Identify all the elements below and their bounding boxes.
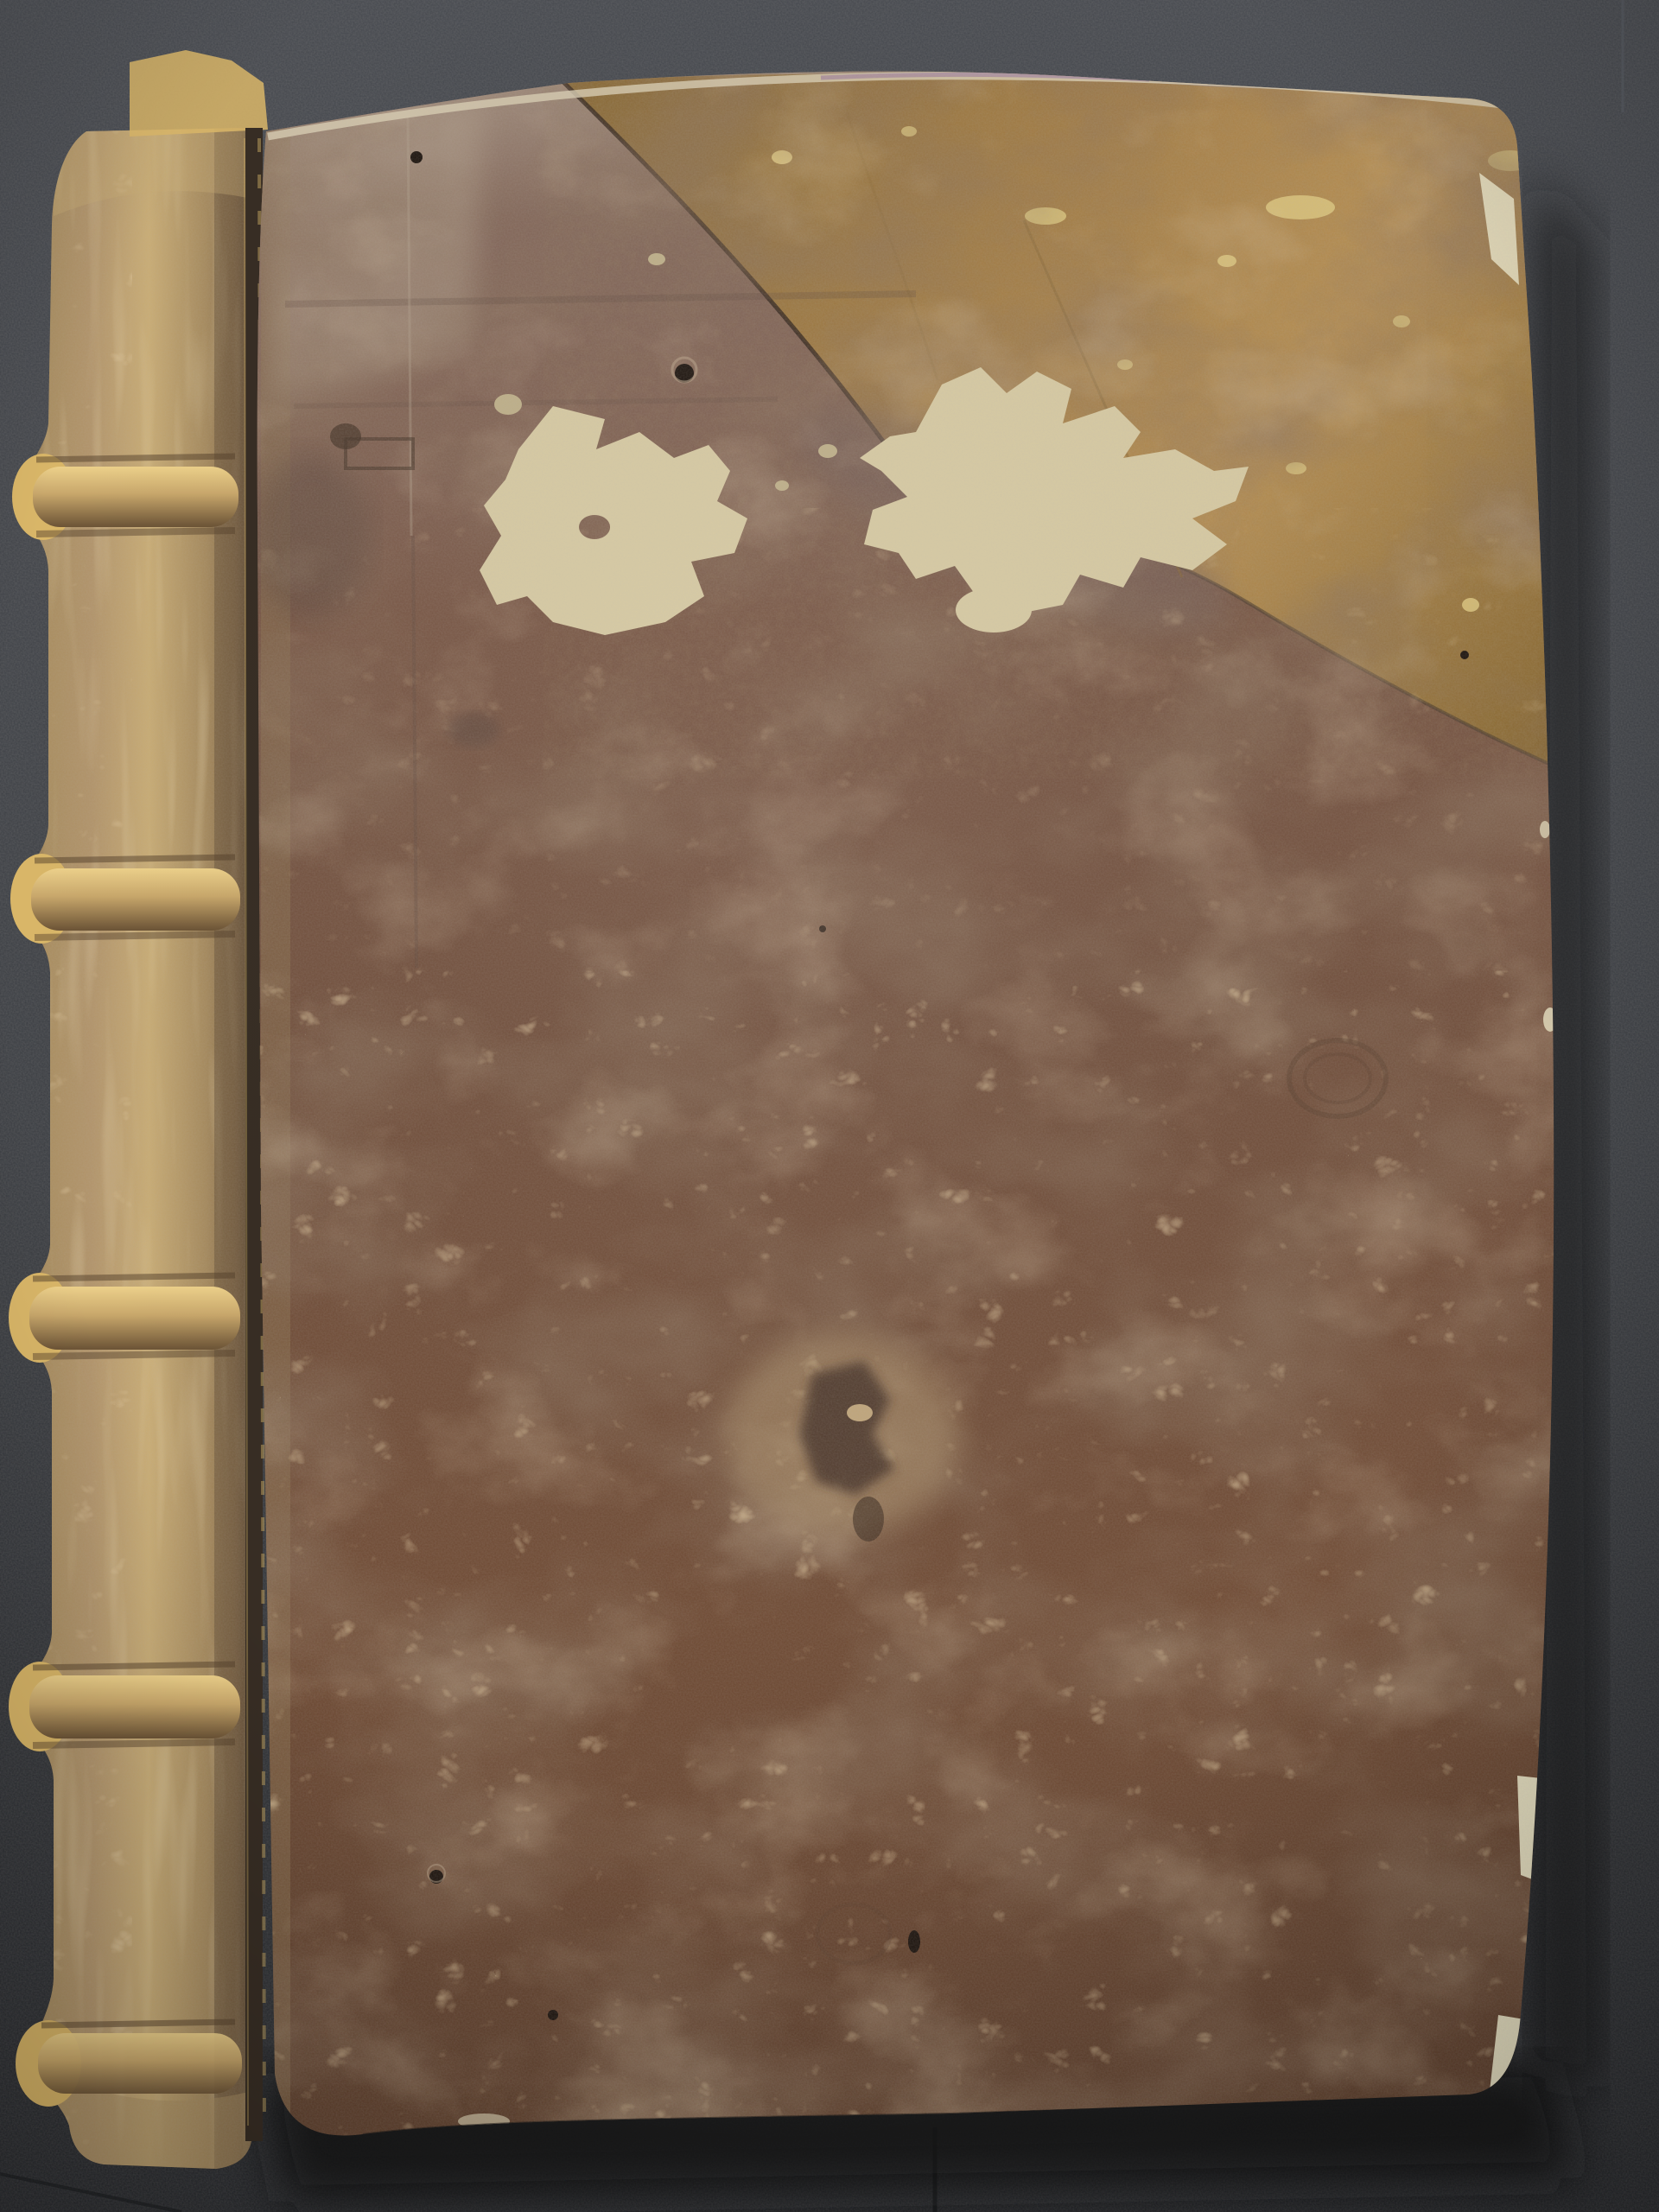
photo-vignette — [0, 0, 1659, 2212]
photo-antique-book-on-table — [0, 0, 1659, 2212]
